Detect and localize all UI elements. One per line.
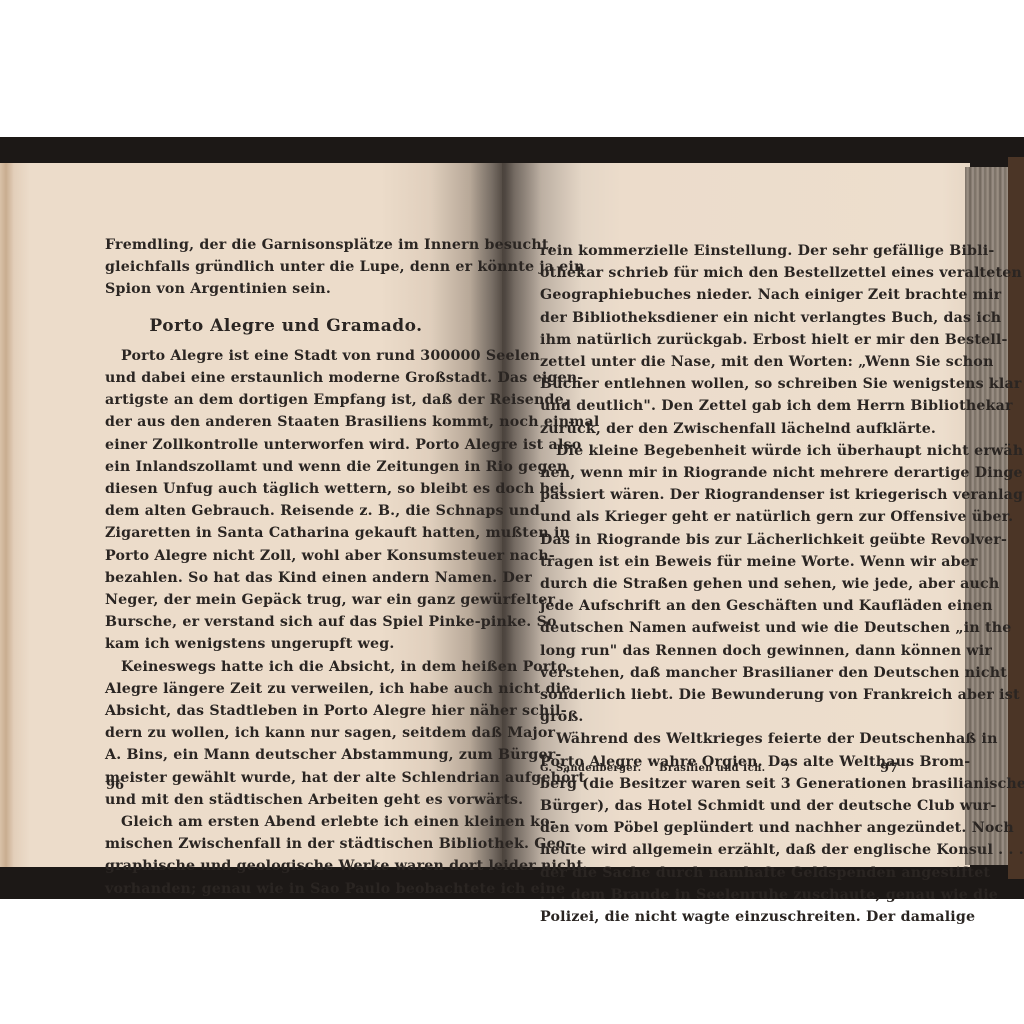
text-line: mischen Zwischenfall in der städtischen … — [105, 833, 467, 855]
text-line: . . . dem Brande in Seelenruhe zuschaute… — [540, 884, 892, 906]
text-line: othekar schrieb für mich den Bestellzett… — [540, 262, 892, 284]
text-line: Porto Alegre nicht Zoll, wohl aber Konsu… — [105, 545, 467, 567]
text-line: verstehen, daß mancher Brasilianer den D… — [540, 662, 892, 684]
text-line: Neger, der mein Gepäck trug, war ein gan… — [105, 589, 467, 611]
text-line: tragen ist ein Beweis für meine Worte. W… — [540, 551, 892, 573]
text-line: und als Krieger geht er natürlich gern z… — [540, 506, 892, 528]
text-line: kam ich wenigstens ungerupft weg. — [105, 633, 467, 655]
text-line: berg (die Besitzer waren seit 3 Generati… — [540, 773, 892, 795]
text-line: diesen Unfug auch täglich wettern, so bl… — [105, 478, 467, 500]
printer-signature: G. Sandenberger. Brasilien und Ich. 7 — [540, 763, 805, 774]
text-line: groß. — [540, 706, 892, 728]
signature-number: 7 — [783, 763, 790, 774]
text-line: durch die Straßen gehen und sehen, wie j… — [540, 573, 892, 595]
text-line: Bursche, er verstand sich auf das Spiel … — [105, 611, 467, 633]
text-line: ihm natürlich zurückgab. Erbost hielt er… — [540, 329, 892, 351]
text-line: artigste an dem dortigen Empfang ist, da… — [105, 389, 467, 411]
text-line: den vom Pöbel geplündert und nachher ang… — [540, 817, 892, 839]
text-line: ein Inlandszollamt und wenn die Zeitunge… — [105, 456, 467, 478]
text-line: Das in Riogrande bis zur Lächerlichkeit … — [540, 529, 892, 551]
text-line: Zigaretten in Santa Catharina gekauft ha… — [105, 522, 467, 544]
text-line: der die Sache durch namhafte Geldspenden… — [540, 862, 892, 884]
text-line: Keineswegs hatte ich die Absicht, in dem… — [105, 656, 467, 678]
page-number-left: 96 — [106, 778, 124, 793]
text-line: sonderlich liebt. Die Bewunderung von Fr… — [540, 684, 892, 706]
text-line: und deutlich". Den Zettel gab ich dem He… — [540, 395, 892, 417]
text-line: Fremdling, der die Garnisonsplätze im In… — [105, 234, 467, 256]
text-line: vorhanden; genau wie in Sao Paulo beobac… — [105, 878, 467, 900]
text-line: rein kommerzielle Einstellung. Der sehr … — [540, 240, 892, 262]
text-line: Die kleine Begebenheit würde ich überhau… — [540, 440, 892, 462]
text-line: der aus den anderen Staaten Brasiliens k… — [105, 411, 467, 433]
text-line: einer Zollkontrolle unterworfen wird. Po… — [105, 434, 467, 456]
text-line: Bücher entlehnen wollen, so schreiben Si… — [540, 373, 892, 395]
signature-author: G. Sandenberger. — [540, 763, 641, 774]
text-line: long run" das Rennen doch gewinnen, dann… — [540, 640, 892, 662]
text-line: Alegre längere Zeit zu verweilen, ich ha… — [105, 678, 467, 700]
text-line: Spion von Argentinien sein. — [105, 278, 467, 300]
text-line: deutschen Namen aufweist und wie die Deu… — [540, 617, 892, 639]
text-line: und mit den städtischen Arbeiten geht es… — [105, 789, 467, 811]
text-line: dern zu wollen, ich kann nur sagen, seit… — [105, 722, 467, 744]
chapter-heading: Porto Alegre und Gramado. — [105, 315, 467, 337]
page-number-right: 97 — [880, 761, 898, 776]
text-line: Absicht, das Stadtleben in Porto Alegre … — [105, 700, 467, 722]
text-line: gleichfalls gründlich unter die Lupe, de… — [105, 256, 467, 278]
text-line: der Bibliotheksdiener ein nicht verlangt… — [540, 307, 892, 329]
text-line: Gleich am ersten Abend erlebte ich einen… — [105, 811, 467, 833]
signature-title: Brasilien und Ich. — [659, 763, 765, 774]
left-page-text: Fremdling, der die Garnisonsplätze im In… — [105, 234, 467, 900]
text-line: zurück, der den Zwischenfall lächelnd au… — [540, 418, 892, 440]
right-page-text: rein kommerzielle Einstellung. Der sehr … — [540, 240, 892, 928]
text-line: graphische und geologische Werke waren d… — [105, 855, 467, 877]
text-line: A. Bins, ein Mann deutscher Abstammung, … — [105, 744, 467, 766]
text-line: und dabei eine erstaunlich moderne Großs… — [105, 367, 467, 389]
text-line: Während des Weltkrieges feierte der Deut… — [540, 728, 892, 750]
text-line: meister gewählt wurde, hat der alte Schl… — [105, 767, 467, 789]
text-line: Geographiebuches nieder. Nach einiger Ze… — [540, 284, 892, 306]
text-line: Bürger), das Hotel Schmidt und der deuts… — [540, 795, 892, 817]
text-line: passiert wären. Der Riograndenser ist kr… — [540, 484, 892, 506]
text-line: jede Aufschrift an den Geschäften und Ka… — [540, 595, 892, 617]
text-line: dem alten Gebrauch. Reisende z. B., die … — [105, 500, 467, 522]
text-line: Polizei, die nicht wagte einzuschreiten.… — [540, 906, 892, 928]
text-line: bezahlen. So hat das Kind einen andern N… — [105, 567, 467, 589]
text-line: Porto Alegre ist eine Stadt von rund 300… — [105, 345, 467, 367]
text-line: heute wird allgemein erzählt, daß der en… — [540, 839, 892, 861]
text-line: zettel unter die Nase, mit den Worten: „… — [540, 351, 892, 373]
text-line: nen, wenn mir in Riogrande nicht mehrere… — [540, 462, 892, 484]
